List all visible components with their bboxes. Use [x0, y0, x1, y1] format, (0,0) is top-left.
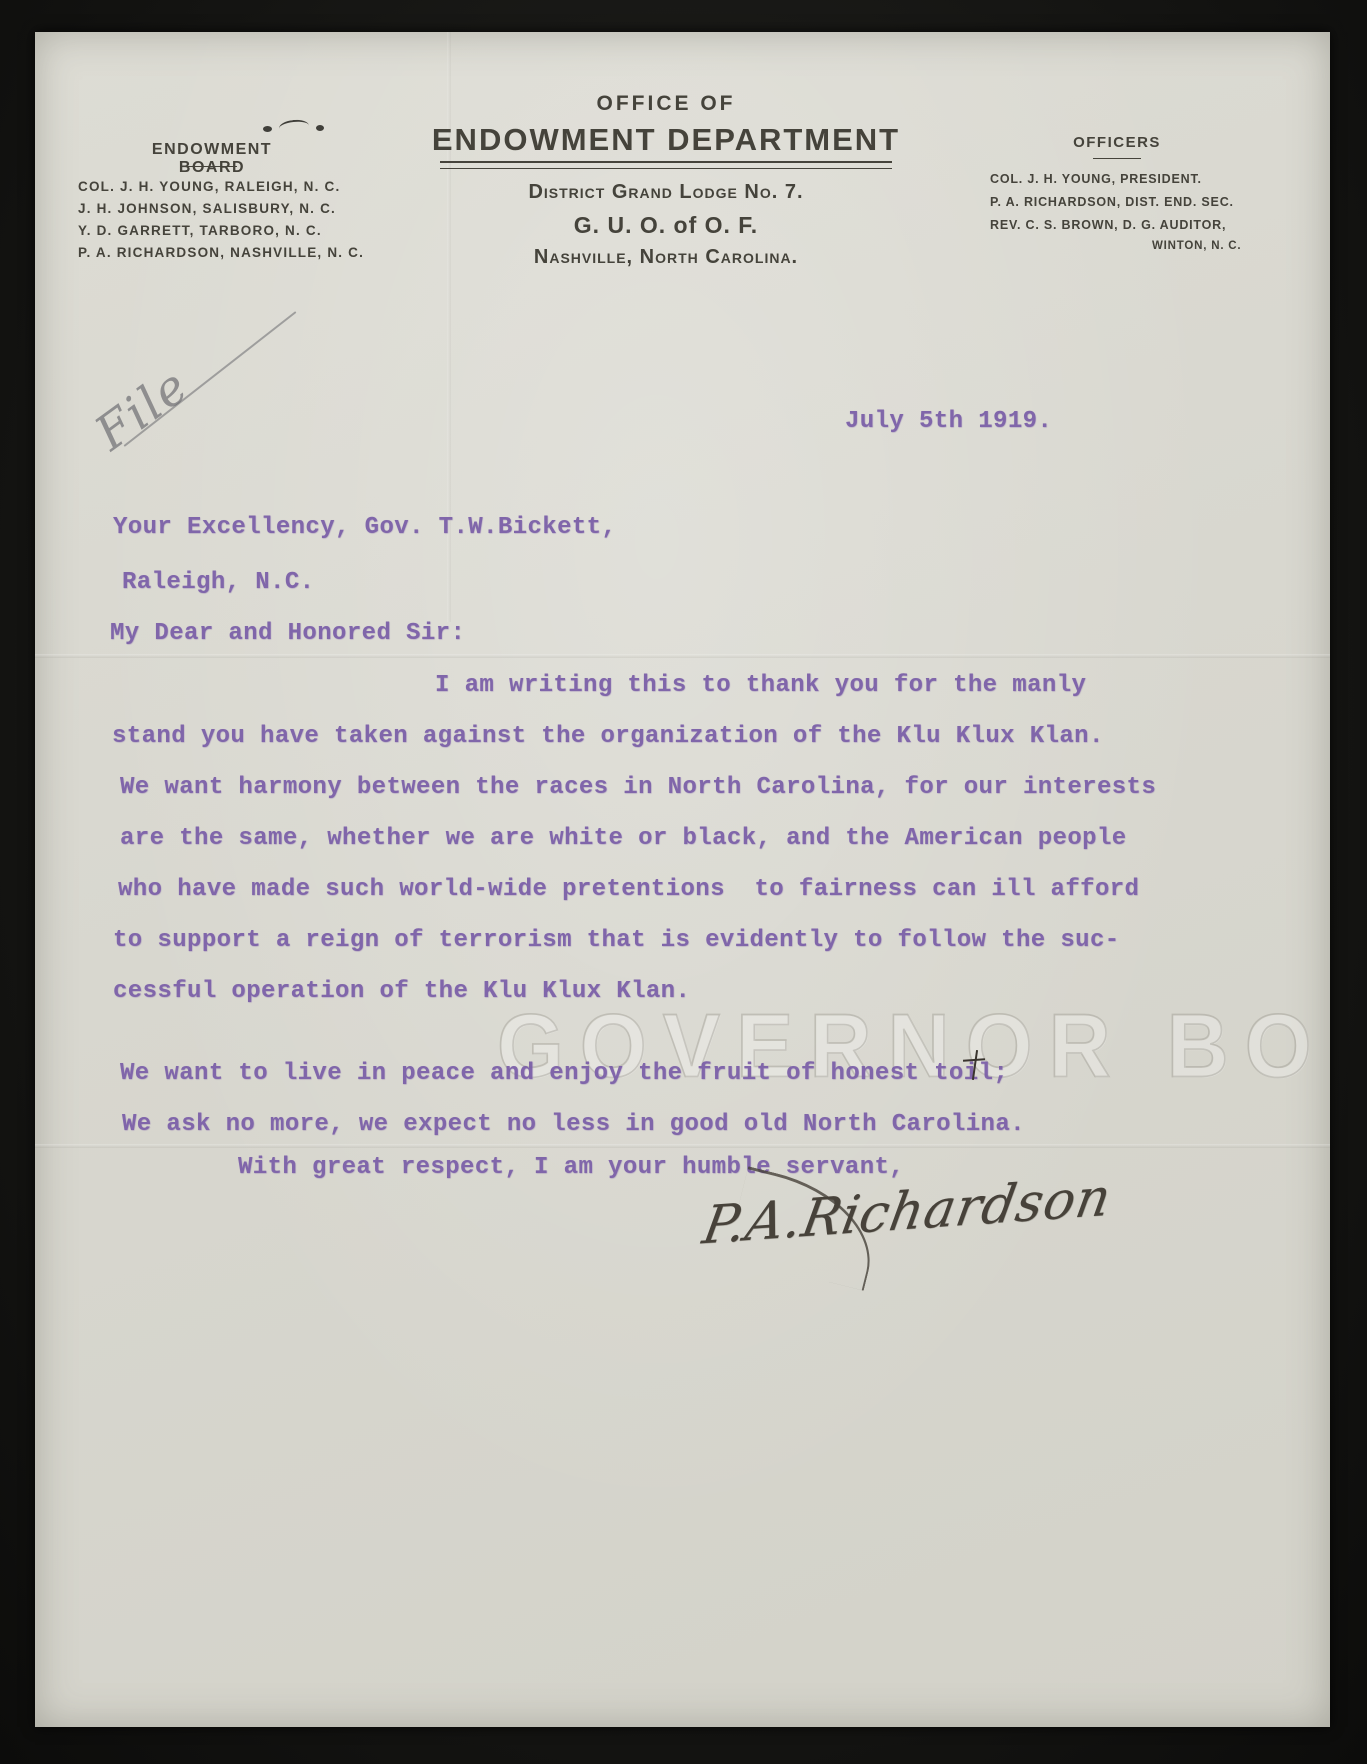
office-of-line: OFFICE OF — [366, 92, 966, 116]
officers-title: OFFICERS — [1057, 134, 1177, 151]
ink-smudge — [316, 125, 324, 131]
board-member: P. A. RICHARDSON, NASHVILLE, N. C. — [78, 245, 364, 260]
body-line: who have made such world-wide pretention… — [118, 876, 1139, 903]
district-grand-lodge-line: District Grand Lodge No. 7. — [366, 181, 966, 204]
endowment-board-title: ENDOWMENT BOARD — [132, 141, 292, 177]
letter-date: July 5th 1919. — [845, 408, 1052, 435]
correction-stroke — [972, 1050, 978, 1080]
fold-crease-upper — [35, 654, 1330, 658]
officer-entry: REV. C. S. BROWN, D. G. AUDITOR, — [990, 218, 1226, 232]
board-member: J. H. JOHNSON, SALISBURY, N. C. — [78, 201, 336, 216]
body-line: I am writing this to thank you for the m… — [435, 672, 1086, 699]
scanned-letter-page: { "scan": { "background_color": "#161613… — [0, 0, 1367, 1764]
fold-crease-lower — [35, 1144, 1330, 1148]
officer-entry: COL. J. H. YOUNG, PRESIDENT. — [990, 172, 1202, 186]
letterhead-center: OFFICE OF ENDOWMENT DEPARTMENT District … — [366, 92, 966, 269]
pencil-file-note: File — [85, 316, 311, 537]
salutation: My Dear and Honored Sir: — [110, 620, 465, 647]
board-member: Y. D. GARRETT, TARBORO, N. C. — [78, 223, 322, 238]
handwritten-t-correction — [963, 1050, 985, 1080]
ink-smudge — [263, 126, 272, 132]
officers-rule — [1093, 158, 1141, 159]
ink-smudge — [278, 118, 309, 135]
guo-of-line: G. U. O. of O. F. — [366, 212, 966, 239]
officer-entry: WINTON, N. C. — [1152, 240, 1241, 252]
recipient-line: Raleigh, N.C. — [122, 569, 314, 596]
recipient-line: Your Excellency, Gov. T.W.Bickett, — [113, 514, 616, 541]
body-line: stand you have taken against the organiz… — [112, 723, 1104, 750]
nashville-line: Nashville, North Carolina. — [366, 246, 966, 269]
closing-line: With great respect, I am your humble ser… — [238, 1154, 904, 1181]
body-line: We ask no more, we expect no less in goo… — [122, 1111, 1025, 1138]
endowment-board-rule — [187, 166, 237, 167]
body-line: cessful operation of the Klu Klux Klan. — [113, 978, 690, 1005]
endowment-department-title: ENDOWMENT DEPARTMENT — [366, 122, 966, 158]
body-line: We want harmony between the races in Nor… — [120, 774, 1156, 801]
department-double-rule — [440, 161, 892, 169]
letter-paper: GOVERNOR BON ENDOWMENT BOARD COL. J. H. … — [35, 32, 1330, 1727]
body-line: to support a reign of terrorism that is … — [113, 927, 1120, 954]
body-line: are the same, whether we are white or bl… — [120, 825, 1127, 852]
officer-entry: P. A. RICHARDSON, DIST. END. SEC. — [990, 195, 1234, 209]
board-member: COL. J. H. YOUNG, RALEIGH, N. C. — [78, 179, 340, 194]
body-line: We want to live in peace and enjoy the f… — [120, 1060, 1008, 1087]
